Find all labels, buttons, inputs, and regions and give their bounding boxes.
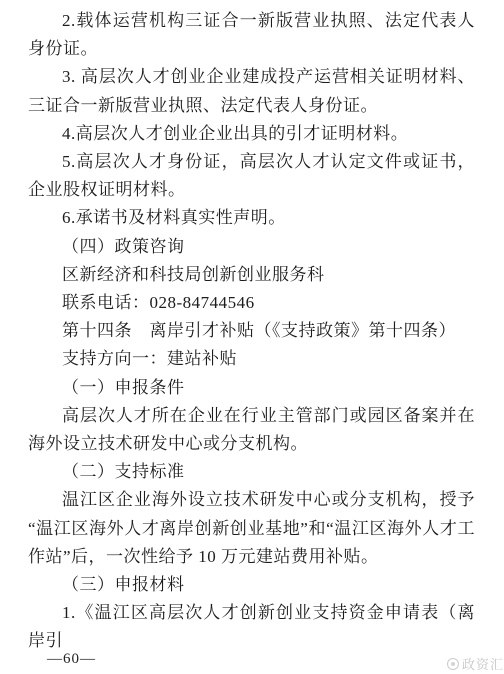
section-heading-consult: （四）政策咨询 <box>28 233 475 261</box>
material-item-6: 6.承诺书及材料真实性声明。 <box>28 204 475 232</box>
document-page: 2.载体运营机构三证合一新版营业执照、法定代表人身份证。 3. 高层次人才创业企… <box>0 0 504 674</box>
document-body: 2.载体运营机构三证合一新版营业执照、法定代表人身份证。 3. 高层次人才创业企… <box>28 7 475 656</box>
article-14-heading: 第十四条 离岸引才补贴（《支持政策》第十四条） <box>28 317 475 345</box>
watermark-text: 政资汇 <box>462 654 504 673</box>
section-heading-standard: （二）支持标准 <box>28 458 475 486</box>
material-item-5: 5.高层次人才身份证，高层次人才认定文件或证书，企业股权证明材料。 <box>28 148 475 204</box>
watermark-icon <box>447 658 459 670</box>
material-item-1-truncated: 1.《温江区高层次人才创新创业支持资金申请表（离岸引 <box>28 599 475 655</box>
page-number: —60— <box>47 651 96 668</box>
material-item-4: 4.高层次人才创业企业出具的引才证明材料。 <box>28 120 475 148</box>
watermark-logo: 政资汇 <box>447 654 504 673</box>
contact-department: 区新经济和科技局创新创业服务科 <box>28 261 475 289</box>
material-item-2: 2.载体运营机构三证合一新版营业执照、法定代表人身份证。 <box>28 7 475 63</box>
section-heading-conditions: （一）申报条件 <box>28 374 475 402</box>
material-item-3: 3. 高层次人才创业企业建成投产运营相关证明材料、三证合一新版营业执照、法定代表… <box>28 63 475 119</box>
conditions-body: 高层次人才所在企业在行业主管部门或园区备案并在海外设立技术研发中心或分支机构。 <box>28 402 475 458</box>
section-heading-materials: （三）申报材料 <box>28 571 475 599</box>
contact-phone: 联系电话：028-84744546 <box>28 289 475 317</box>
support-direction-heading: 支持方向一：建站补贴 <box>28 345 475 373</box>
standard-body: 温江区企业海外设立技术研发中心或分支机构，授予“温江区海外人才离岸创新创业基地”… <box>28 486 475 571</box>
